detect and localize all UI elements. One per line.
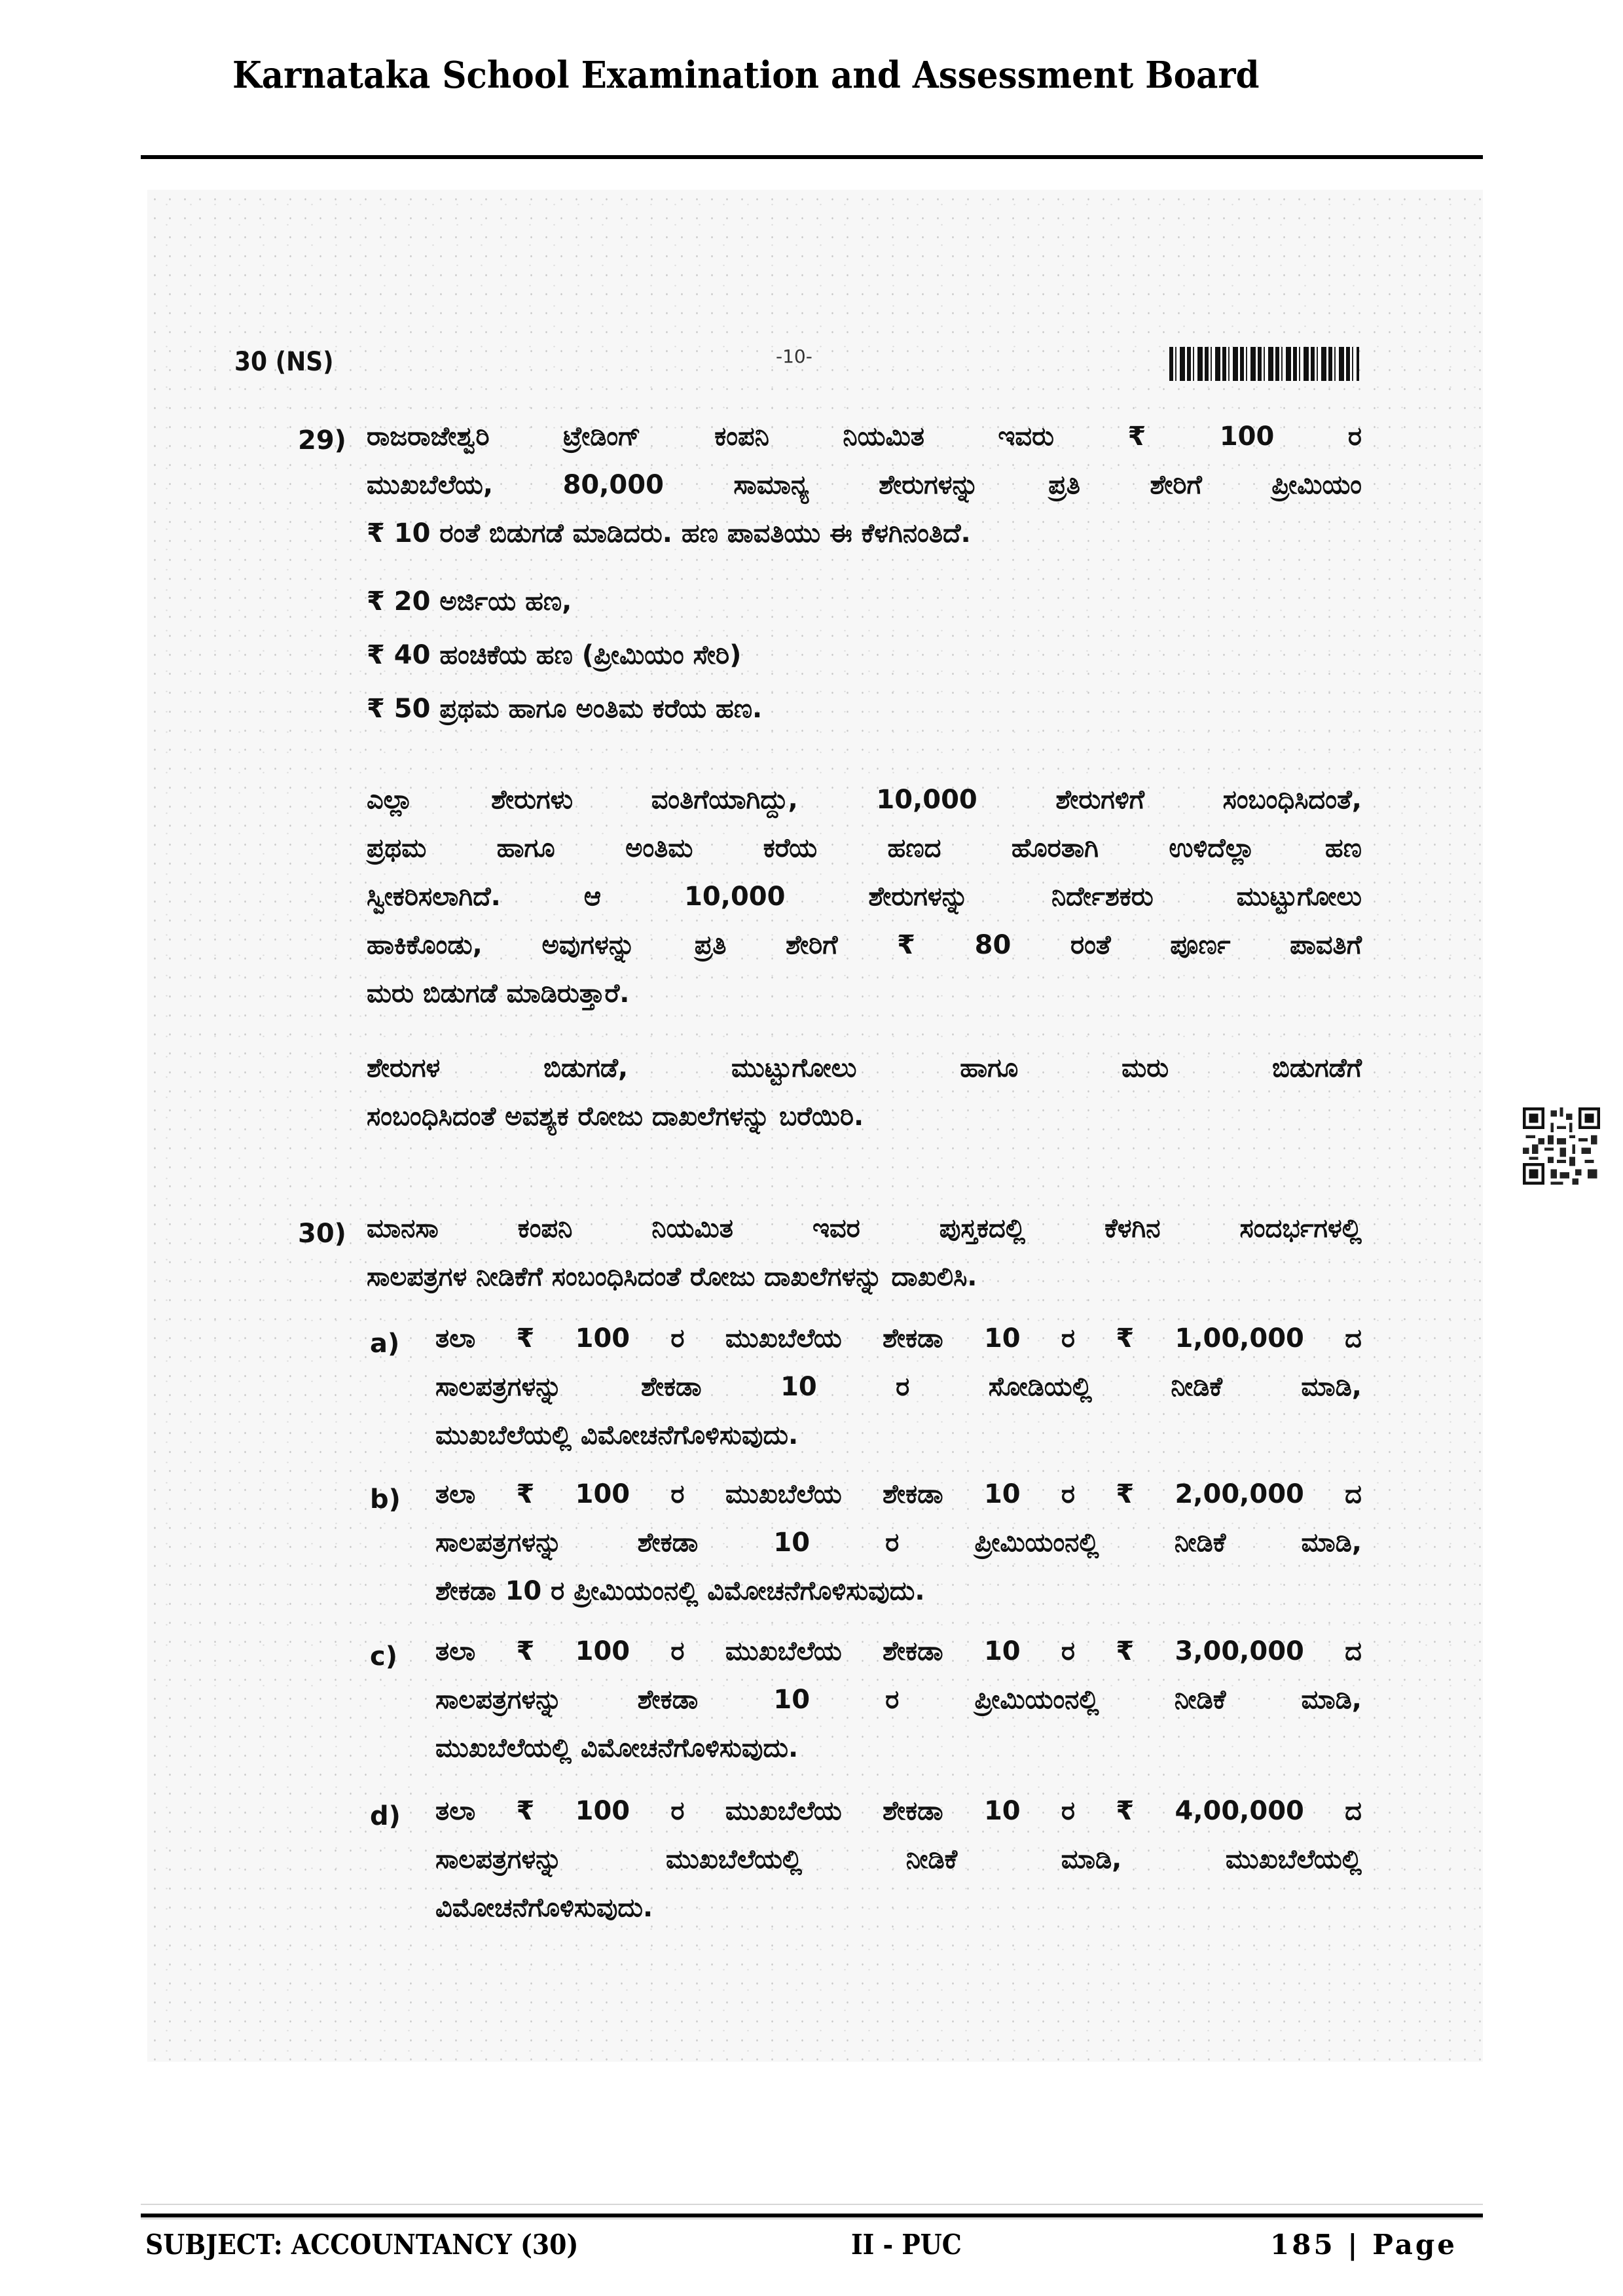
footer-subject: SUBJECT: ACCOUNTANCY (30): [145, 2229, 578, 2261]
text-line: ಶೇಕಡಾ 10 ರ ಪ್ರೀಮಿಯಂನಲ್ಲಿ ವಿಮೋಚನೆಗೊಳಿಸುವು…: [435, 1567, 1362, 1615]
question-number-29: 29): [298, 425, 346, 456]
barcode-icon: [1169, 347, 1359, 381]
scan-page-number: -10-: [776, 346, 812, 367]
question-29-details: ಎಲ್ಲಾ ಶೇರುಗಳು ವಂತಿಗೆಯಾಗಿದ್ದು, 10,000 ಶೇರ…: [367, 776, 1362, 1018]
text-line: ಸಾಲಪತ್ರಗಳನ್ನು ಮುಖಬೆಲೆಯಲ್ಲಿ ನೀಡಿಕೆ ಮಾಡಿ, …: [435, 1835, 1362, 1884]
subpart-label-c: c): [370, 1641, 397, 1672]
question-number-30: 30): [298, 1219, 346, 1249]
subpart-c-text: ತಲಾ ₹ 100 ರ ಮುಖಬೆಲೆಯ ಶೇಕಡಾ 10 ರ ₹ 3,00,0…: [435, 1627, 1362, 1772]
text-line: ತಲಾ ₹ 100 ರ ಮುಖಬೆಲೆಯ ಶೇಕಡಾ 10 ರ ₹ 4,00,0…: [435, 1787, 1362, 1835]
text-line: ಮುಖಬೆಲೆಯಲ್ಲಿ ವಿಮೋಚನೆಗೊಳಿಸುವುದು.: [435, 1724, 1362, 1772]
subpart-a-text: ತಲಾ ₹ 100 ರ ಮುಖಬೆಲೆಯ ಶೇಕಡಾ 10 ರ ₹ 1,00,0…: [435, 1314, 1362, 1460]
subpart-b-text: ತಲಾ ₹ 100 ರ ಮುಖಬೆಲೆಯ ಶೇಕಡಾ 10 ರ ₹ 2,00,0…: [435, 1470, 1362, 1615]
payment-item: ₹ 50 ಪ್ರಥಮ ಹಾಗೂ ಅಂತಿಮ ಕರೆಯ ಹಣ.: [367, 682, 1362, 736]
text-line: ಮರು ಬಿಡುಗಡೆ ಮಾಡಿರುತ್ತಾರೆ.: [367, 969, 1362, 1018]
payment-item: ₹ 20 ಅರ್ಜಿಯ ಹಣ,: [367, 575, 1362, 628]
qr-code-icon[interactable]: [1522, 1107, 1601, 1185]
text-line: ₹ 10 ರಂತೆ ಬಿಡುಗಡೆ ಮಾಡಿದರು. ಹಣ ಪಾವತಿಯು ಈ …: [367, 509, 1362, 558]
text-line: ಸಾಲಪತ್ರಗಳನ್ನು ಶೇಕಡಾ 10 ರ ಸೋಡಿಯಲ್ಲಿ ನೀಡಿಕ…: [435, 1363, 1362, 1411]
text-line: ತಲಾ ₹ 100 ರ ಮುಖಬೆಲೆಯ ಶೇಕಡಾ 10 ರ ₹ 1,00,0…: [435, 1314, 1362, 1363]
text-line: ಹಾಕಿಕೊಂಡು, ಅವುಗಳನ್ನು ಪ್ರತಿ ಶೇರಿಗೆ ₹ 80 ರ…: [367, 921, 1362, 969]
text-line: ತಲಾ ₹ 100 ರ ಮುಖಬೆಲೆಯ ಶೇಕಡಾ 10 ರ ₹ 2,00,0…: [435, 1470, 1362, 1518]
footer-page-number: 185 | Page: [1270, 2229, 1457, 2261]
text-line: ಸಾಲಪತ್ರಗಳ ನೀಡಿಕೆಗೆ ಸಂಬಂಧಿಸಿದಂತೆ ರೋಜು ದಾಖ…: [367, 1253, 1362, 1301]
footer-grade: II - PUC: [851, 2229, 962, 2261]
footer-divider: [141, 2214, 1483, 2217]
text-line: ಸ್ವೀಕರಿಸಲಾಗಿದೆ. ಆ 10,000 ಶೇರುಗಳನ್ನು ನಿರ್…: [367, 872, 1362, 921]
question-29-text: ರಾಜರಾಜೇಶ್ವರಿ ಟ್ರೇಡಿಂಗ್ ಕಂಪನಿ ನಿಯಮಿತ ಇವರು…: [367, 412, 1362, 558]
text-line: ಪ್ರಥಮ ಹಾಗೂ ಅಂತಿಮ ಕರೆಯ ಹಣದ ಹೊರತಾಗಿ ಉಳಿದೆಲ…: [367, 824, 1362, 872]
header-divider: [141, 155, 1483, 159]
subpart-label-a: a): [370, 1329, 399, 1359]
text-line: ಮುಖಬೆಲೆಯಲ್ಲಿ ವಿಮೋಚನೆಗೊಳಿಸುವುದು.: [435, 1411, 1362, 1460]
payment-schedule: ₹ 20 ಅರ್ಜಿಯ ಹಣ, ₹ 40 ಹಂಚಿಕೆಯ ಹಣ (ಪ್ರೀಮಿಯ…: [367, 575, 1362, 736]
text-line: ಮುಖಬೆಲೆಯ, 80,000 ಸಾಮಾನ್ಯ ಶೇರುಗಳನ್ನು ಪ್ರತ…: [367, 461, 1362, 509]
text-line: ವಿಮೋಚನೆಗೊಳಿಸುವುದು.: [435, 1884, 1362, 1932]
text-line: ರಾಜರಾಜೇಶ್ವರಿ ಟ್ರೇಡಿಂಗ್ ಕಂಪನಿ ನಿಯಮಿತ ಇವರು…: [367, 412, 1362, 461]
subpart-label-b: b): [370, 1484, 401, 1515]
payment-item: ₹ 40 ಹಂಚಿಕೆಯ ಹಣ (ಪ್ರೀಮಿಯಂ ಸೇರಿ): [367, 628, 1362, 682]
subpart-label-d: d): [370, 1801, 401, 1831]
text-line: ಶೇರುಗಳ ಬಿಡುಗಡೆ, ಮುಟ್ಟುಗೋಲು ಹಾಗೂ ಮರು ಬಿಡು…: [367, 1044, 1362, 1092]
subpart-d-text: ತಲಾ ₹ 100 ರ ಮುಖಬೆಲೆಯ ಶೇಕಡಾ 10 ರ ₹ 4,00,0…: [435, 1787, 1362, 1932]
text-line: ಸಂಬಂಧಿಸಿದಂತೆ ಅವಶ್ಯಕ ರೋಜು ದಾಖಲೆಗಳನ್ನು ಬರೆ…: [367, 1092, 1362, 1141]
text-line: ಸಾಲಪತ್ರಗಳನ್ನು ಶೇಕಡಾ 10 ರ ಪ್ರೀಮಿಯಂನಲ್ಲಿ ನ…: [435, 1676, 1362, 1724]
text-line: ಎಲ್ಲಾ ಶೇರುಗಳು ವಂತಿಗೆಯಾಗಿದ್ದು, 10,000 ಶೇರ…: [367, 776, 1362, 824]
text-line: ಮಾನಸಾ ಕಂಪನಿ ನಿಯಮಿತ ಇವರ ಪುಸ್ತಕದಲ್ಲಿ ಕೆಳಗಿ…: [367, 1204, 1362, 1253]
paper-code: 30 (NS): [234, 347, 334, 377]
footer-divider-thin: [141, 2204, 1483, 2205]
page-header-title: Karnataka School Examination and Assessm…: [232, 54, 1260, 97]
footer-divider-thin: [141, 2218, 1483, 2219]
text-line: ತಲಾ ₹ 100 ರ ಮುಖಬೆಲೆಯ ಶೇಕಡಾ 10 ರ ₹ 3,00,0…: [435, 1627, 1362, 1676]
text-line: ಸಾಲಪತ್ರಗಳನ್ನು ಶೇಕಡಾ 10 ರ ಪ್ರೀಮಿಯಂನಲ್ಲಿ ನ…: [435, 1518, 1362, 1567]
question-29-instruction: ಶೇರುಗಳ ಬಿಡುಗಡೆ, ಮುಟ್ಟುಗೋಲು ಹಾಗೂ ಮರು ಬಿಡು…: [367, 1044, 1362, 1141]
question-30-text: ಮಾನಸಾ ಕಂಪನಿ ನಿಯಮಿತ ಇವರ ಪುಸ್ತಕದಲ್ಲಿ ಕೆಳಗಿ…: [367, 1204, 1362, 1301]
